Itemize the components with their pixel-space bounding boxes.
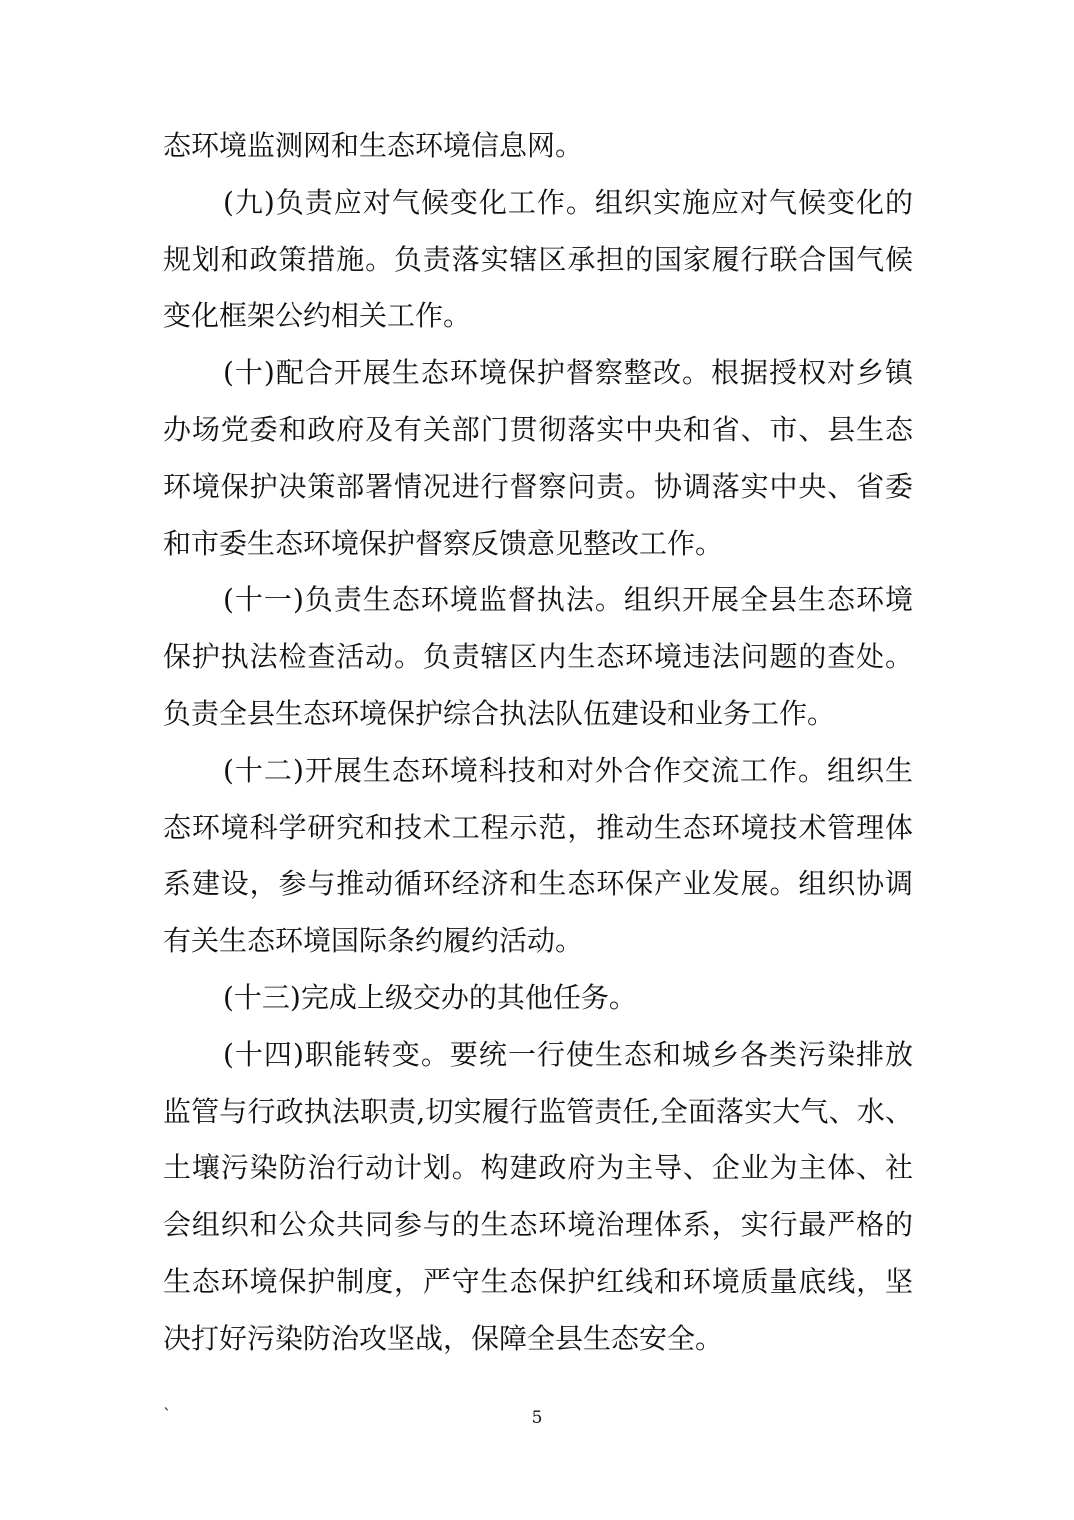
text-line: 监管与行政执法职责,切实履行监管责任,全面落实大气、水、: [163, 1084, 913, 1141]
text-line: 系建设，参与推动循环经济和生态环保产业发展。组织协调: [163, 856, 913, 913]
page-footer: ` 5: [0, 1400, 1074, 1440]
text-line: 生态环境保护制度，严守生态保护红线和环境质量底线，坚: [163, 1254, 913, 1311]
text-line: 规划和政策措施。负责落实辖区承担的国家履行联合国气候: [163, 232, 913, 289]
text-line: (十四)职能转变。要统一行使生态和城乡各类污染排放: [163, 1027, 913, 1084]
text-line: (十二)开展生态环境科技和对外合作交流工作。组织生: [163, 743, 913, 800]
page-number: 5: [0, 1408, 1074, 1428]
text-line: (十三)完成上级交办的其他任务。: [163, 970, 913, 1027]
text-line: 会组织和公众共同参与的生态环境治理体系，实行最严格的: [163, 1197, 913, 1254]
text-line: 变化框架公约相关工作。: [163, 288, 913, 345]
text-line: (九)负责应对气候变化工作。组织实施应对气候变化的: [163, 175, 913, 232]
text-line: 有关生态环境国际条约履约活动。: [163, 913, 913, 970]
text-line: 环境保护决策部署情况进行督察问责。协调落实中央、省委: [163, 459, 913, 516]
text-line: 态环境监测网和生态环境信息网。: [163, 118, 913, 175]
text-line: 和市委生态环境保护督察反馈意见整改工作。: [163, 516, 913, 573]
text-line: (十一)负责生态环境监督执法。组织开展全县生态环境: [163, 572, 913, 629]
text-line: 负责全县生态环境保护综合执法队伍建设和业务工作。: [163, 686, 913, 743]
text-line: 决打好污染防治攻坚战，保障全县生态安全。: [163, 1311, 913, 1368]
text-line: 保护执法检查活动。负责辖区内生态环境违法问题的查处。: [163, 629, 913, 686]
text-line: 态环境科学研究和技术工程示范，推动生态环境技术管理体: [163, 800, 913, 857]
text-line: 办场党委和政府及有关部门贯彻落实中央和省、市、县生态: [163, 402, 913, 459]
document-body: 态环境监测网和生态环境信息网。(九)负责应对气候变化工作。组织实施应对气候变化的…: [163, 118, 913, 1368]
text-line: (十)配合开展生态环境保护督察整改。根据授权对乡镇: [163, 345, 913, 402]
text-line: 土壤污染防治行动计划。构建政府为主导、企业为主体、社: [163, 1140, 913, 1197]
